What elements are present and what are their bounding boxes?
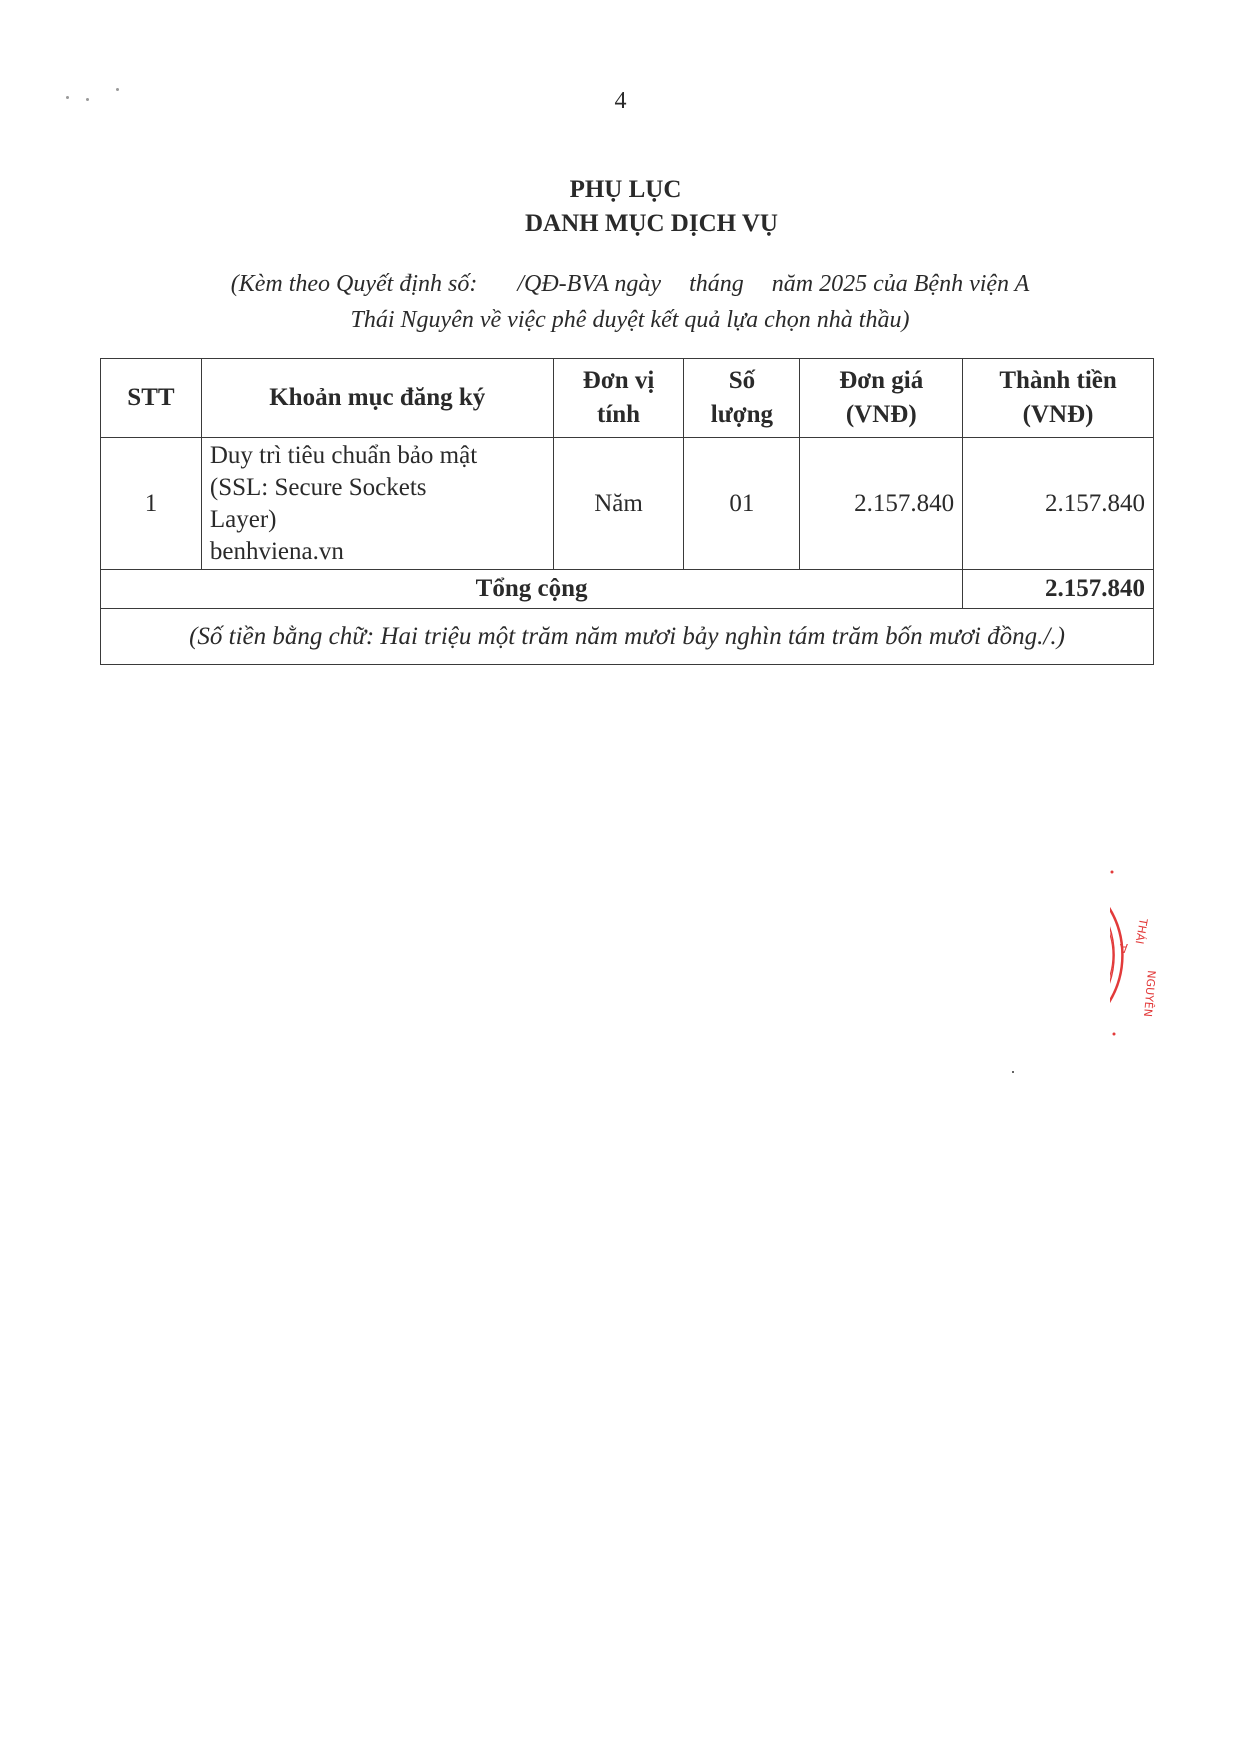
total-label: Tổng cộng xyxy=(101,570,963,609)
service-table: STT Khoản mục đăng ký Đơn vịtính Sốlượng… xyxy=(100,358,1154,665)
header-amount: Thành tiền(VNĐ) xyxy=(963,359,1154,438)
cell-quantity: 01 xyxy=(684,438,800,570)
appendix-title: PHỤ LỤC xyxy=(0,176,1241,204)
svg-text:THÁI: THÁI xyxy=(1133,916,1150,945)
appendix-subtitle: DANH MỤC DỊCH VỤ xyxy=(0,210,1241,238)
svg-text:A: A xyxy=(1119,941,1128,955)
header-unit-price: Đơn giá(VNĐ) xyxy=(800,359,963,438)
note-line-2: Thái Nguyên về việc phê duyệt kết quả lự… xyxy=(351,307,910,333)
amount-in-words: (Số tiền bằng chữ: Hai triệu một trăm nă… xyxy=(101,609,1154,665)
header-quantity: Sốlượng xyxy=(684,359,800,438)
note-part: năm 2025 của Bệnh viện A xyxy=(772,271,1030,297)
svg-text:NGUYÊN: NGUYÊN xyxy=(1141,970,1158,1018)
cell-unit: Năm xyxy=(553,438,684,570)
scan-speck xyxy=(1012,1071,1014,1073)
cell-amount: 2.157.840 xyxy=(963,438,1154,570)
table-header-row: STT Khoản mục đăng ký Đơn vịtính Sốlượng… xyxy=(101,359,1154,438)
header-item: Khoản mục đăng ký xyxy=(201,359,553,438)
decision-reference-note: (Kèm theo Quyết định số:/QĐ-BVA ngàythán… xyxy=(130,266,1130,338)
red-seal-stamp: THÁI NGUYÊN A xyxy=(1110,860,1200,1050)
note-part: /QĐ-BVA ngày xyxy=(517,271,661,297)
page-number: 4 xyxy=(0,88,1241,115)
header-stt: STT xyxy=(101,359,202,438)
cell-item: Duy trì tiêu chuẩn bảo mật (SSL: Secure … xyxy=(201,438,553,570)
table-row: 1 Duy trì tiêu chuẩn bảo mật (SSL: Secur… xyxy=(101,438,1154,570)
total-value: 2.157.840 xyxy=(963,570,1154,609)
note-part: (Kèm theo Quyết định số: xyxy=(231,271,478,297)
cell-unit-price: 2.157.840 xyxy=(800,438,963,570)
header-unit: Đơn vịtính xyxy=(553,359,684,438)
total-row: Tổng cộng 2.157.840 xyxy=(101,570,1154,609)
amount-in-words-row: (Số tiền bằng chữ: Hai triệu một trăm nă… xyxy=(101,609,1154,665)
cell-stt: 1 xyxy=(101,438,202,570)
note-part: tháng xyxy=(689,271,744,297)
